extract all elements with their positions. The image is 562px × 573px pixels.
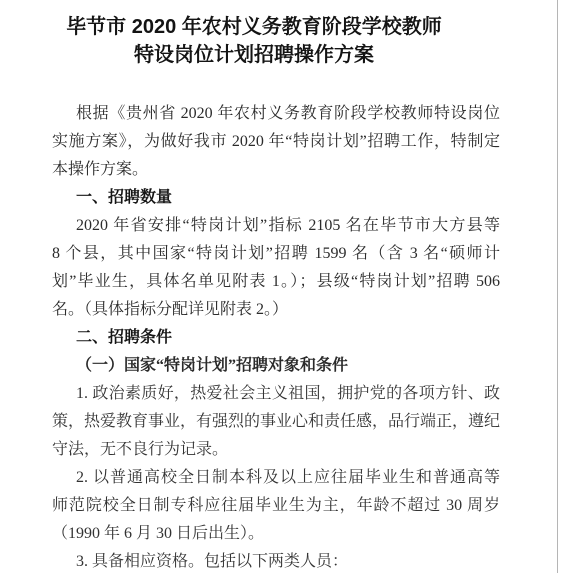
text-line: 一、招聘数量 (52, 184, 500, 212)
text-line: 实施方案》，为做好我市 2020 年“特岗计划”招聘工作，特制定 (52, 128, 500, 156)
paragraph-6: 1. 政治素质好，热爱社会主义祖国，拥护党的各项方针、政策，热爱教育事业，有强烈… (52, 380, 500, 464)
scanned-document-page: 毕节市 2020 年农村义务教育阶段学校教师 特设岗位计划招聘操作方案 根据《贵… (0, 0, 562, 573)
paragraph-8: 3. 具备相应资格。包括以下两类人员： (52, 548, 500, 573)
text-line: 2020 年省安排“特岗计划”指标 2105 名在毕节市大方县等 (52, 212, 500, 240)
text-line: 3. 具备相应资格。包括以下两类人员： (52, 548, 500, 573)
paragraph-4: 二、招聘条件 (52, 324, 500, 352)
paragraph-2: 一、招聘数量 (52, 184, 500, 212)
document-title: 毕节市 2020 年农村义务教育阶段学校教师 特设岗位计划招聘操作方案 (0, 13, 508, 69)
text-line: 根据《贵州省 2020 年农村义务教育阶段学校教师特设岗位 (52, 100, 500, 128)
document-body: 根据《贵州省 2020 年农村义务教育阶段学校教师特设岗位实施方案》，为做好我市… (52, 100, 500, 573)
text-line: 8 个县，其中国家“特岗计划”招聘 1599 名（含 3 名“硕师计 (52, 240, 500, 268)
paragraph-1: 根据《贵州省 2020 年农村义务教育阶段学校教师特设岗位实施方案》，为做好我市… (52, 100, 500, 184)
text-line: 策，热爱教育事业，有强烈的事业心和责任感，品行端正，遵纪 (52, 408, 500, 436)
text-line: 名。（具体指标分配详见附表 2。） (52, 296, 500, 324)
text-line: （1990 年 6 月 30 日后出生）。 (52, 520, 500, 548)
text-line: 1. 政治素质好，热爱社会主义祖国，拥护党的各项方针、政 (52, 380, 500, 408)
paragraph-3: 2020 年省安排“特岗计划”指标 2105 名在毕节市大方县等8 个县，其中国… (52, 212, 500, 324)
text-line: 二、招聘条件 (52, 324, 500, 352)
paragraph-5: （一）国家“特岗计划”招聘对象和条件 (52, 352, 500, 380)
text-line: 本操作方案。 (52, 156, 500, 184)
paragraph-7: 2. 以普通高校全日制本科及以上应往届毕业生和普通高等师范院校全日制专科应往届毕… (52, 464, 500, 548)
document-title-line-2: 特设岗位计划招聘操作方案 (0, 41, 508, 69)
text-line: 2. 以普通高校全日制本科及以上应往届毕业生和普通高等 (52, 464, 500, 492)
text-line: 划”毕业生，具体名单见附表 1。）；县级“特岗计划”招聘 506 (52, 268, 500, 296)
document-title-line-1: 毕节市 2020 年农村义务教育阶段学校教师 (0, 13, 508, 41)
scan-artifact-line (557, 0, 558, 573)
text-line: 师范院校全日制专科应往届毕业生为主，年龄不超过 30 周岁 (52, 492, 500, 520)
text-line: 守法，无不良行为记录。 (52, 436, 500, 464)
text-line: （一）国家“特岗计划”招聘对象和条件 (52, 352, 500, 380)
